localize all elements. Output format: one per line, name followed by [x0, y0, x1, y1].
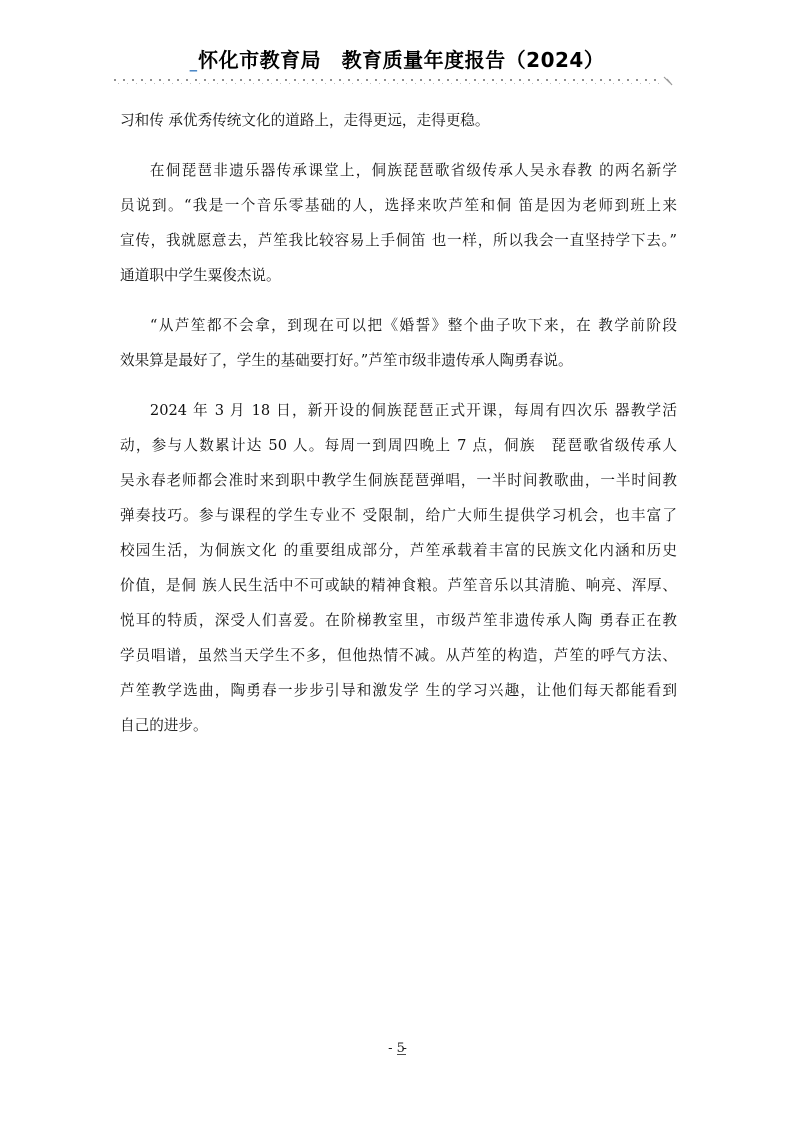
document-header: _怀化市教育局 教育质量年度报告（2024）	[118, 44, 676, 73]
text-line: 自己的进步。	[120, 708, 677, 743]
page-number-underline	[397, 1054, 406, 1055]
revision-underscore-mark: _	[190, 54, 198, 72]
dotted-border-row	[114, 79, 662, 81]
text-line: 通道职中学生粟俊杰说。	[120, 258, 677, 293]
text-line: 员说到。“我是一个音乐零基础的人，选择来吹芦笙和侗 笛是因为老师到班上来	[120, 188, 677, 223]
page-title: 怀化市教育局 教育质量年度报告（2024）	[198, 48, 604, 72]
text-line: 宣传，我就愿意去，芦笙我比较容易上手侗笛 也一样，所以我会一直坚持学下去。”	[120, 223, 677, 258]
text-line: 动，参与人数累计达 50 人。每周一到周四晚上 7 点，侗族 琵琶歌省级传承人	[120, 428, 677, 463]
paragraph: 习和传 承优秀传统文化的道路上，走得更远，走得更稳。	[120, 103, 677, 138]
text-line: 2024 年 3 月 18 日，新开设的侗族琵琶正式开课，每周有四次乐 器教学活	[120, 393, 677, 428]
text-line: 校园生活，为侗族文化 的重要组成部分，芦笙承载着丰富的民族文化内涵和历史	[120, 533, 677, 568]
dotted-border-row	[118, 83, 662, 84]
page-footer: - 5 -	[0, 1041, 793, 1056]
document-body: 习和传 承优秀传统文化的道路上，走得更远，走得更稳。在侗琵琶非遗乐器传承课堂上，…	[120, 103, 677, 758]
header-dotted-border	[114, 79, 662, 86]
text-line: 习和传 承优秀传统文化的道路上，走得更远，走得更稳。	[120, 103, 677, 138]
paragraph: “从芦笙都不会拿，到现在可以把《婚誓》整个曲子吹下来，在 教学前阶段效果算是最好…	[120, 308, 677, 378]
text-line: 芦笙教学选曲，陶勇春一步步引导和激发学 生的学习兴趣，让他们每天都能看到	[120, 673, 677, 708]
text-line: 效果算是最好了，学生的基础要打好。”芦笙市级非遗传承人陶勇春说。	[120, 343, 677, 378]
text-line: 学员唱谱，虽然当天学生不多，但他热情不减。从芦笙的构造，芦笙的呼气方法、	[120, 638, 677, 673]
text-line: 在侗琵琶非遗乐器传承课堂上，侗族琵琶歌省级传承人吴永春教 的两名新学	[120, 153, 677, 188]
border-end-flourish-icon	[662, 74, 674, 88]
text-line: 价值，是侗 族人民生活中不可或缺的精神食粮。芦笙音乐以其清脆、响亮、浑厚、	[120, 568, 677, 603]
text-line: 弹奏技巧。参与课程的学生专业不 受限制，给广大师生提供学习机会，也丰富了	[120, 498, 677, 533]
text-line: “从芦笙都不会拿，到现在可以把《婚誓》整个曲子吹下来，在 教学前阶段	[120, 308, 677, 343]
page-number: - 5 -	[388, 1041, 405, 1056]
text-line: 吴永春老师都会准时来到职中教学生侗族琵琶弹唱，一半时间教歌曲，一半时间教	[120, 463, 677, 498]
document-page: _怀化市教育局 教育质量年度报告（2024） 习和传 承优秀传统文化的道路上，走…	[0, 0, 793, 1122]
paragraph: 2024 年 3 月 18 日，新开设的侗族琵琶正式开课，每周有四次乐 器教学活…	[120, 393, 677, 743]
text-line: 悦耳的特质，深受人们喜爱。在阶梯教室里，市级芦笙非遗传承人陶 勇春正在教	[120, 603, 677, 638]
paragraph: 在侗琵琶非遗乐器传承课堂上，侗族琵琶歌省级传承人吴永春教 的两名新学员说到。“我…	[120, 153, 677, 293]
